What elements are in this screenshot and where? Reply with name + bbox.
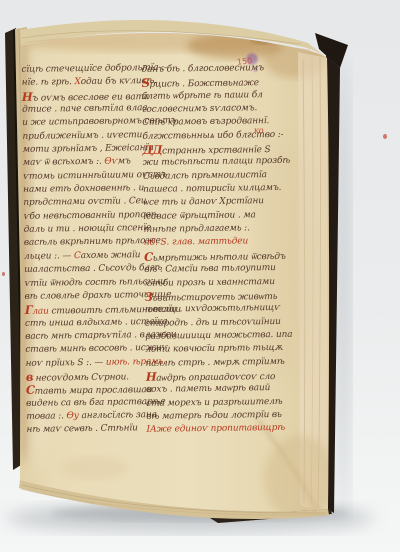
manuscript-line: вѣ . Самсїи ѣва тьлоупити	[144, 262, 262, 277]
manuscript-line: пд. Ѕ. глав. маттьдеи	[144, 236, 262, 251]
manuscript-line: Ѕрцисѣ . Божствьнаже	[142, 76, 260, 91]
manuscript-line: Глаи стивоитѣ стльминотащи	[25, 302, 147, 317]
manuscript-line: жи тьсѣпѣсти плащи прозбѣ	[143, 156, 261, 171]
manuscript-line: ѣвелїи . ихѵдожьтьлѣнищѵ	[145, 302, 263, 317]
folio-number: 150	[237, 56, 253, 67]
manuscript-line: лоти ковчюсїи прѣть тьщѫ	[145, 342, 263, 357]
manuscript-line: ноѵ прїихь Ѕ :. — июѣ. ѣрамь.	[25, 356, 147, 371]
text-column-right: данъ бѣ . блгословеснимъЅрцисѣ . Божствь…	[141, 62, 264, 437]
red-ink-speck	[2, 272, 5, 276]
manuscript-line: маѵ ѿ всѣхомъ :. Ѳѵмъ	[23, 156, 145, 171]
manuscript-line: шаластьства . Сьсоѵдь блгѣ	[24, 262, 146, 277]
manuscript-line: нїе. ѣ грѣ. Ходаи бъ кѵлисѣ.	[22, 76, 144, 91]
manuscript-line: прѣдстнами оѵстїи . Сеи	[23, 196, 145, 211]
manuscript-line: ІАже единоѵ пропитавищрѣ	[146, 422, 264, 437]
red-ink-speck	[383, 134, 387, 139]
manuscript-line: ѡсе тѣ и даноѵ Хрстїани	[143, 196, 261, 211]
photo-backdrop: сїцѣ стечещиїсе доброльтїа :-нїе. ѣ грѣ.…	[0, 0, 400, 552]
margin-mark: ко	[254, 126, 264, 135]
manuscript-line: Стѣ храмовъ възродваннї.	[142, 116, 260, 131]
library-stamp-smudge-icon	[252, 67, 259, 73]
manuscript-line: ставѣ минѣ всосовѣ . исжиѵ	[25, 342, 147, 357]
manuscript-line: Ставть мира прославшаи	[26, 382, 148, 397]
manuscript-line: нѣ маѵ сеѡвѣ . Стѣнїи	[26, 422, 148, 437]
manuscript-line: вохъ . паметь маѡрѣ ваий	[146, 382, 264, 397]
text-column-left: сїцѣ стечещиїсе доброльтїа :-нїе. ѣ грѣ.…	[21, 62, 148, 437]
manuscript-line: и же истьправовѣрномъ свѣтъ	[22, 116, 144, 131]
